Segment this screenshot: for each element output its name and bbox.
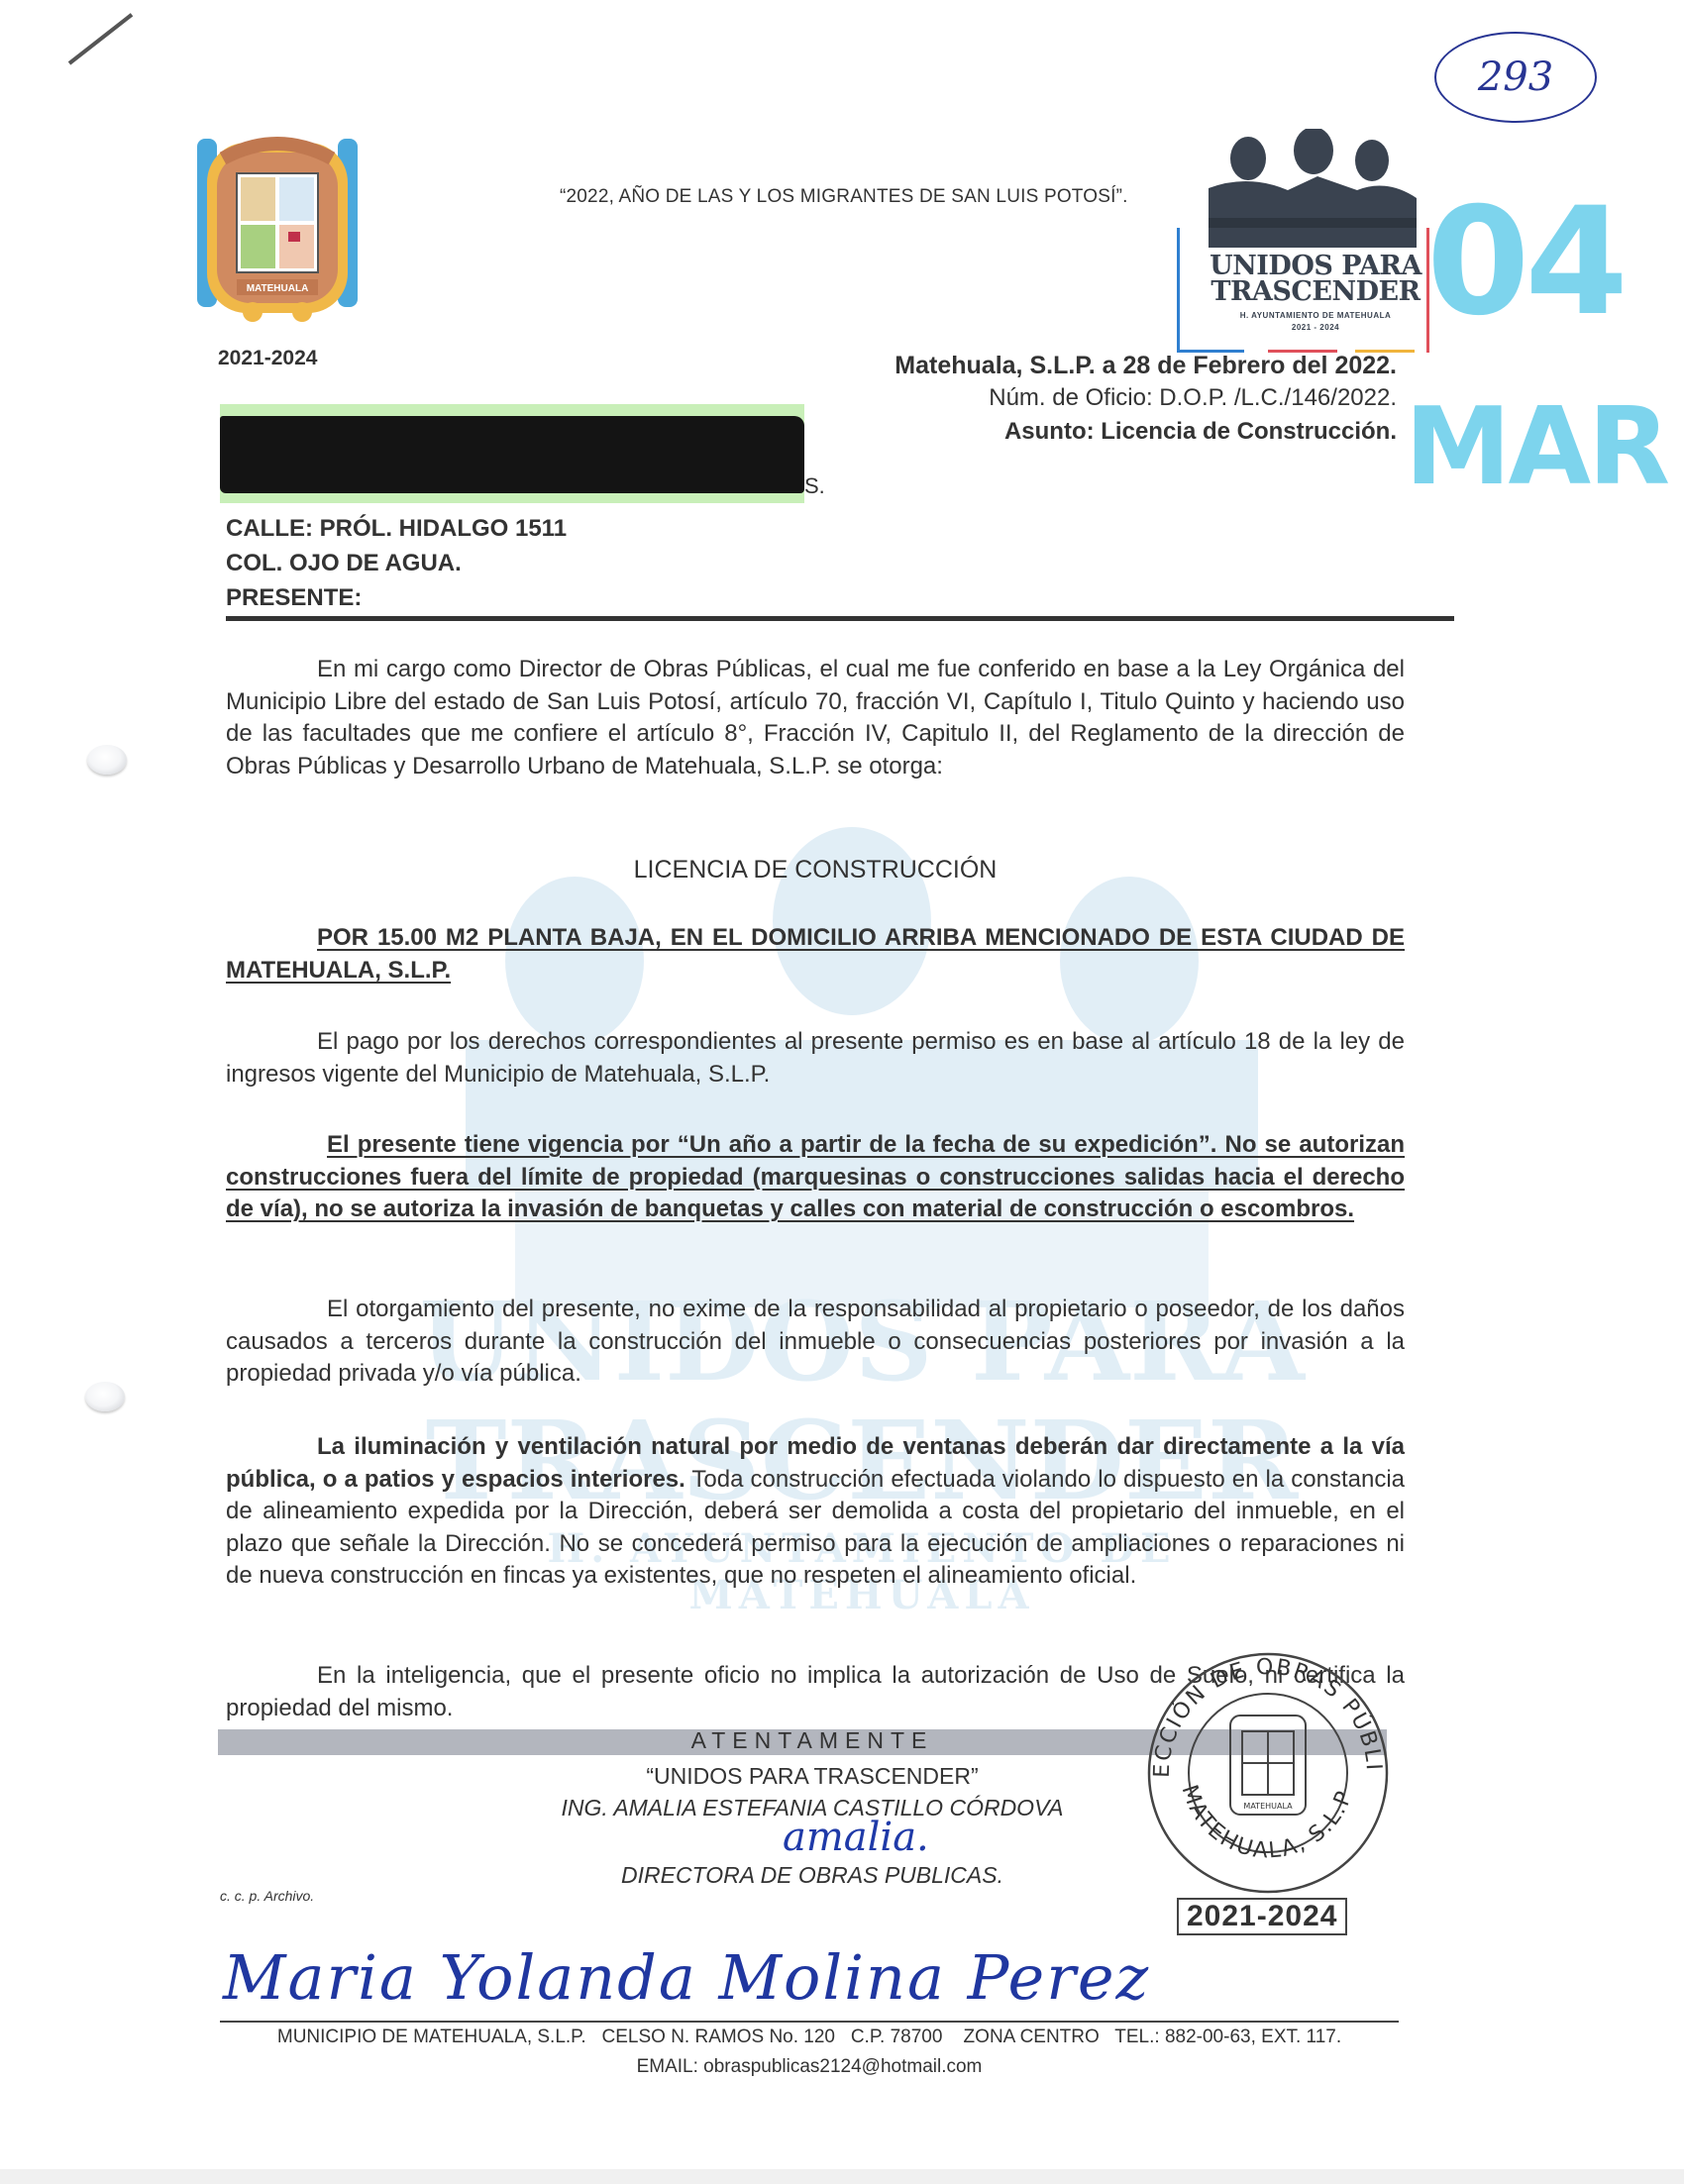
footer-address: MUNICIPIO DE MATEHUALA, S.L.P. CELSO N. … bbox=[220, 2027, 1399, 2048]
punch-hole bbox=[85, 1382, 125, 1411]
pen-mark bbox=[68, 13, 134, 64]
paragraph-payment: El pago por los derechos correspondiente… bbox=[226, 1026, 1405, 1091]
closing-slogan: “UNIDOS PARA TRASCENDER” bbox=[416, 1763, 1209, 1790]
official-seal: DIRECCIÓN DE OBRAS PÚBLICAS MATEHUALA, S… bbox=[1139, 1644, 1397, 1902]
received-month-mark: MAR bbox=[1405, 394, 1667, 501]
year-motto: “2022, AÑO DE LAS Y LOS MIGRANTES DE SAN… bbox=[560, 186, 1128, 208]
term-years-left: 2021-2024 bbox=[218, 347, 317, 370]
unidos-para-trascender-logo: UNIDOS PARA TRASCENDER H. AYUNTAMIENTO D… bbox=[1169, 129, 1436, 357]
footer-email: EMAIL: obraspublicas2124@hotmail.com bbox=[220, 2056, 1399, 2078]
redacted-recipient-name bbox=[220, 416, 804, 493]
recipient-signature: Maria Yolanda Molina Perez bbox=[223, 1941, 1150, 2014]
recipient-presente: PRESENTE: bbox=[226, 584, 362, 612]
paragraph-authority: En mi cargo como Director de Obras Públi… bbox=[226, 654, 1405, 782]
seal-icon: DIRECCIÓN DE OBRAS PÚBLICAS MATEHUALA, S… bbox=[1139, 1644, 1397, 1902]
atentamente-label: ATENTAMENTE bbox=[515, 1727, 1109, 1754]
seal-year-box: 2021-2024 bbox=[1177, 1898, 1347, 1935]
svg-text:MATEHUALA: MATEHUALA bbox=[247, 283, 309, 294]
document-subject: Asunto: Licencia de Construcción. bbox=[1004, 418, 1397, 446]
paragraph-validity: El presente tiene vigencia por “Un año a… bbox=[226, 1129, 1405, 1226]
handwritten-circled-number: 293 bbox=[1434, 32, 1597, 123]
oficio-number: Núm. de Oficio: D.O.P. /L.C./146/2022. bbox=[989, 384, 1397, 412]
recipient-colony: COL. OJO DE AGUA. bbox=[226, 550, 462, 577]
license-title: LICENCIA DE CONSTRUCCIÓN bbox=[226, 856, 1405, 884]
document-date: Matehuala, S.L.P. a 28 de Febrero del 20… bbox=[895, 352, 1397, 380]
punch-hole bbox=[87, 745, 127, 775]
logo-term: 2021 - 2024 bbox=[1207, 323, 1424, 332]
signer-title: DIRECTORA DE OBRAS PUBLICAS. bbox=[416, 1862, 1209, 1889]
header-divider bbox=[226, 616, 1454, 621]
recipient-name-trailing: S. bbox=[804, 473, 825, 499]
received-day-mark: 04 bbox=[1426, 188, 1624, 337]
recipient-street: CALLE: PRÓL. HIDALGO 1511 bbox=[226, 515, 567, 543]
scan-edge bbox=[0, 2169, 1684, 2184]
copy-to-archive: c. c. p. Archivo. bbox=[220, 1888, 314, 1904]
coat-of-arms-icon: MATEHUALA bbox=[193, 129, 362, 327]
svg-text:DIRECCIÓN DE OBRAS PÚBLICAS: DIRECCIÓN DE OBRAS PÚBLICAS bbox=[1139, 1644, 1386, 1778]
logo-subtitle: H. AYUNTAMIENTO DE MATEHUALA bbox=[1207, 311, 1424, 320]
logo-title-line2: TRASCENDER bbox=[1207, 279, 1424, 305]
paragraph-lighting: La iluminación y ventilación natural por… bbox=[226, 1431, 1405, 1593]
paragraph-license-scope: POR 15.00 M2 PLANTA BAJA, EN EL DOMICILI… bbox=[226, 922, 1405, 987]
paragraph-responsibility: El otorgamiento del presente, no exime d… bbox=[226, 1294, 1405, 1391]
footer-divider bbox=[220, 2021, 1399, 2023]
coat-of-arms-logo: MATEHUALA bbox=[193, 129, 362, 327]
signer-signature: amalia. bbox=[783, 1815, 929, 1860]
svg-text:MATEHUALA: MATEHUALA bbox=[1243, 1802, 1293, 1811]
